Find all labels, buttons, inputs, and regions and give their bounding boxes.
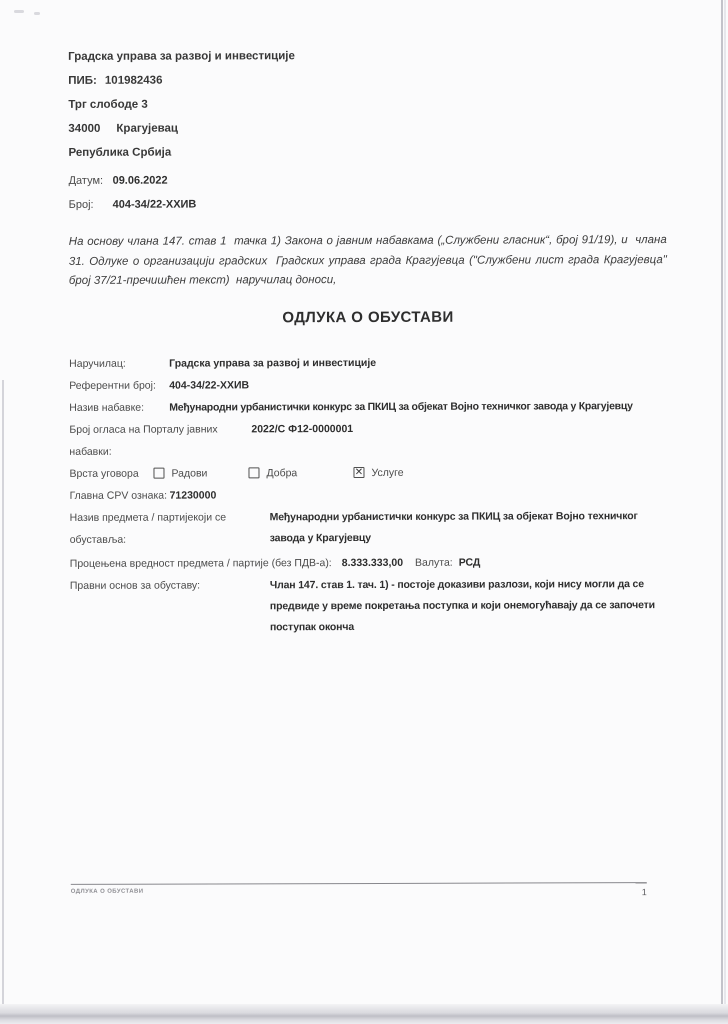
- document-meta: Датум: 09.06.2022 Број: 404-34/22-ХХИВ: [69, 167, 667, 217]
- scan-page-bottom-edge: [0, 1004, 728, 1024]
- footer-page-number: 1: [642, 887, 647, 897]
- pravni-osnov-label: Правни основ за обуставу:: [70, 574, 270, 597]
- letterhead: Градска управа за развој и инвестиције П…: [68, 43, 666, 165]
- vrsta-ugovora-label: Врста уговора: [69, 462, 153, 484]
- contract-type-option-dobra: Добра: [248, 462, 353, 484]
- checkbox-checked-icon: ✕: [353, 467, 364, 478]
- referentni-broj-label: Референтни број:: [69, 374, 169, 396]
- org-postal-city-line: 34000Крагујевац: [68, 115, 666, 141]
- procenjena-vrednost-label: Процењена вредност предмета / партије (б…: [70, 552, 332, 575]
- contract-type-option-radovi: Радови: [153, 462, 248, 484]
- checkbox-unchecked-icon: [153, 468, 164, 479]
- page-footer: ОДЛУКА О ОБУСТАВИ 1: [71, 882, 647, 899]
- field-row-vrsta-ugovora: Врста уговора Радови Добра ✕ Услуге: [69, 461, 667, 485]
- org-country: Република Србија: [68, 139, 666, 165]
- naziv-predmeta-value: Међународни урбанистички конкурс за ПКИЦ…: [270, 505, 668, 549]
- number-value: 404-34/22-ХХИВ: [113, 193, 197, 217]
- narucilac-value: Градска управа за развој и инвестиције: [169, 351, 376, 374]
- procenjena-vrednost-value: 8.333.333,00: [342, 551, 403, 573]
- referentni-broj-value: 404-34/22-ХХИВ: [169, 374, 249, 396]
- org-address: Трг слободе 3: [68, 91, 666, 117]
- naziv-nabavke-value: Међународни урбанистички конкурс за ПКИЦ…: [169, 395, 632, 418]
- decision-fields: Наручилац: Градска управа за развој и ин…: [69, 351, 668, 639]
- postal-code: 34000: [68, 123, 100, 135]
- scanned-document-page: Градска управа за развој и инвестиције П…: [0, 0, 728, 1024]
- option-label-dobra: Добра: [266, 462, 297, 484]
- checkbox-unchecked-icon: [248, 467, 259, 478]
- scan-page-left-edge: [2, 380, 4, 1012]
- valuta-value: РСД: [459, 551, 481, 573]
- field-row-narucilac: Наручилац: Градска управа за развој и ин…: [69, 351, 667, 375]
- pravni-osnov-value: Члан 147. став 1. тач. 1) - постоје дока…: [270, 573, 668, 638]
- broj-oglasa-label: Број огласа на Порталу јавних набавки:: [69, 418, 251, 463]
- option-label-usluge: Услуге: [371, 461, 403, 483]
- field-row-cpv: Главна CPV ознака: 71230000: [70, 483, 668, 507]
- footer-doc-name: ОДЛУКА О ОБУСТАВИ: [71, 889, 144, 895]
- field-row-pravni-osnov: Правни основ за обуставу: Члан 147. став…: [70, 573, 668, 639]
- option-label-radovi: Радови: [171, 462, 207, 484]
- date-row: Датум: 09.06.2022: [69, 167, 667, 193]
- date-value: 09.06.2022: [113, 169, 168, 193]
- field-row-procenjena-vrednost: Процењена вредност предмета / партије (б…: [70, 551, 668, 575]
- field-row-broj-oglasa: Број огласа на Порталу јавних набавки: 2…: [69, 417, 667, 463]
- contract-type-option-usluge: ✕ Услуге: [353, 461, 403, 483]
- cpv-label: Главна CPV ознака:: [70, 484, 170, 506]
- legal-preamble: На основу члана 147. став 1 тачка 1) Зак…: [69, 231, 667, 291]
- scan-page-right-edge: [721, 0, 723, 1008]
- field-row-naziv-nabavke: Назив набавке: Међународни урбанистички …: [69, 395, 667, 419]
- pib-value: 101982436: [105, 75, 163, 87]
- cpv-value: 71230000: [170, 484, 217, 506]
- valuta-label: Валута:: [415, 551, 453, 573]
- document-title: ОДЛУКА О ОБУСТАВИ: [69, 308, 667, 327]
- city: Крагујевац: [116, 123, 178, 135]
- number-row: Број: 404-34/22-ХХИВ: [69, 191, 667, 217]
- narucilac-label: Наручилац:: [69, 352, 169, 374]
- field-row-referentni-broj: Референтни број: 404-34/22-ХХИВ: [69, 373, 667, 397]
- naziv-nabavke-label: Назив набавке:: [69, 396, 169, 418]
- date-label: Датум:: [69, 169, 113, 193]
- org-name: Градска управа за развој и инвестиције: [68, 43, 666, 69]
- scan-page-right-edge-shadow: [724, 0, 726, 1008]
- naziv-predmeta-label: Назив предмета / партијекоји се обустављ…: [70, 506, 270, 551]
- broj-oglasa-value: 2022/С Ф12-0000001: [251, 418, 353, 440]
- document-sheet: Градска управа за развој и инвестиције П…: [0, 0, 725, 1005]
- field-row-naziv-predmeta: Назив предмета / партијекоји се обустављ…: [70, 505, 668, 551]
- org-pib-line: ПИБ:101982436: [68, 67, 666, 93]
- pib-label: ПИБ:: [68, 75, 97, 87]
- number-label: Број:: [69, 193, 113, 217]
